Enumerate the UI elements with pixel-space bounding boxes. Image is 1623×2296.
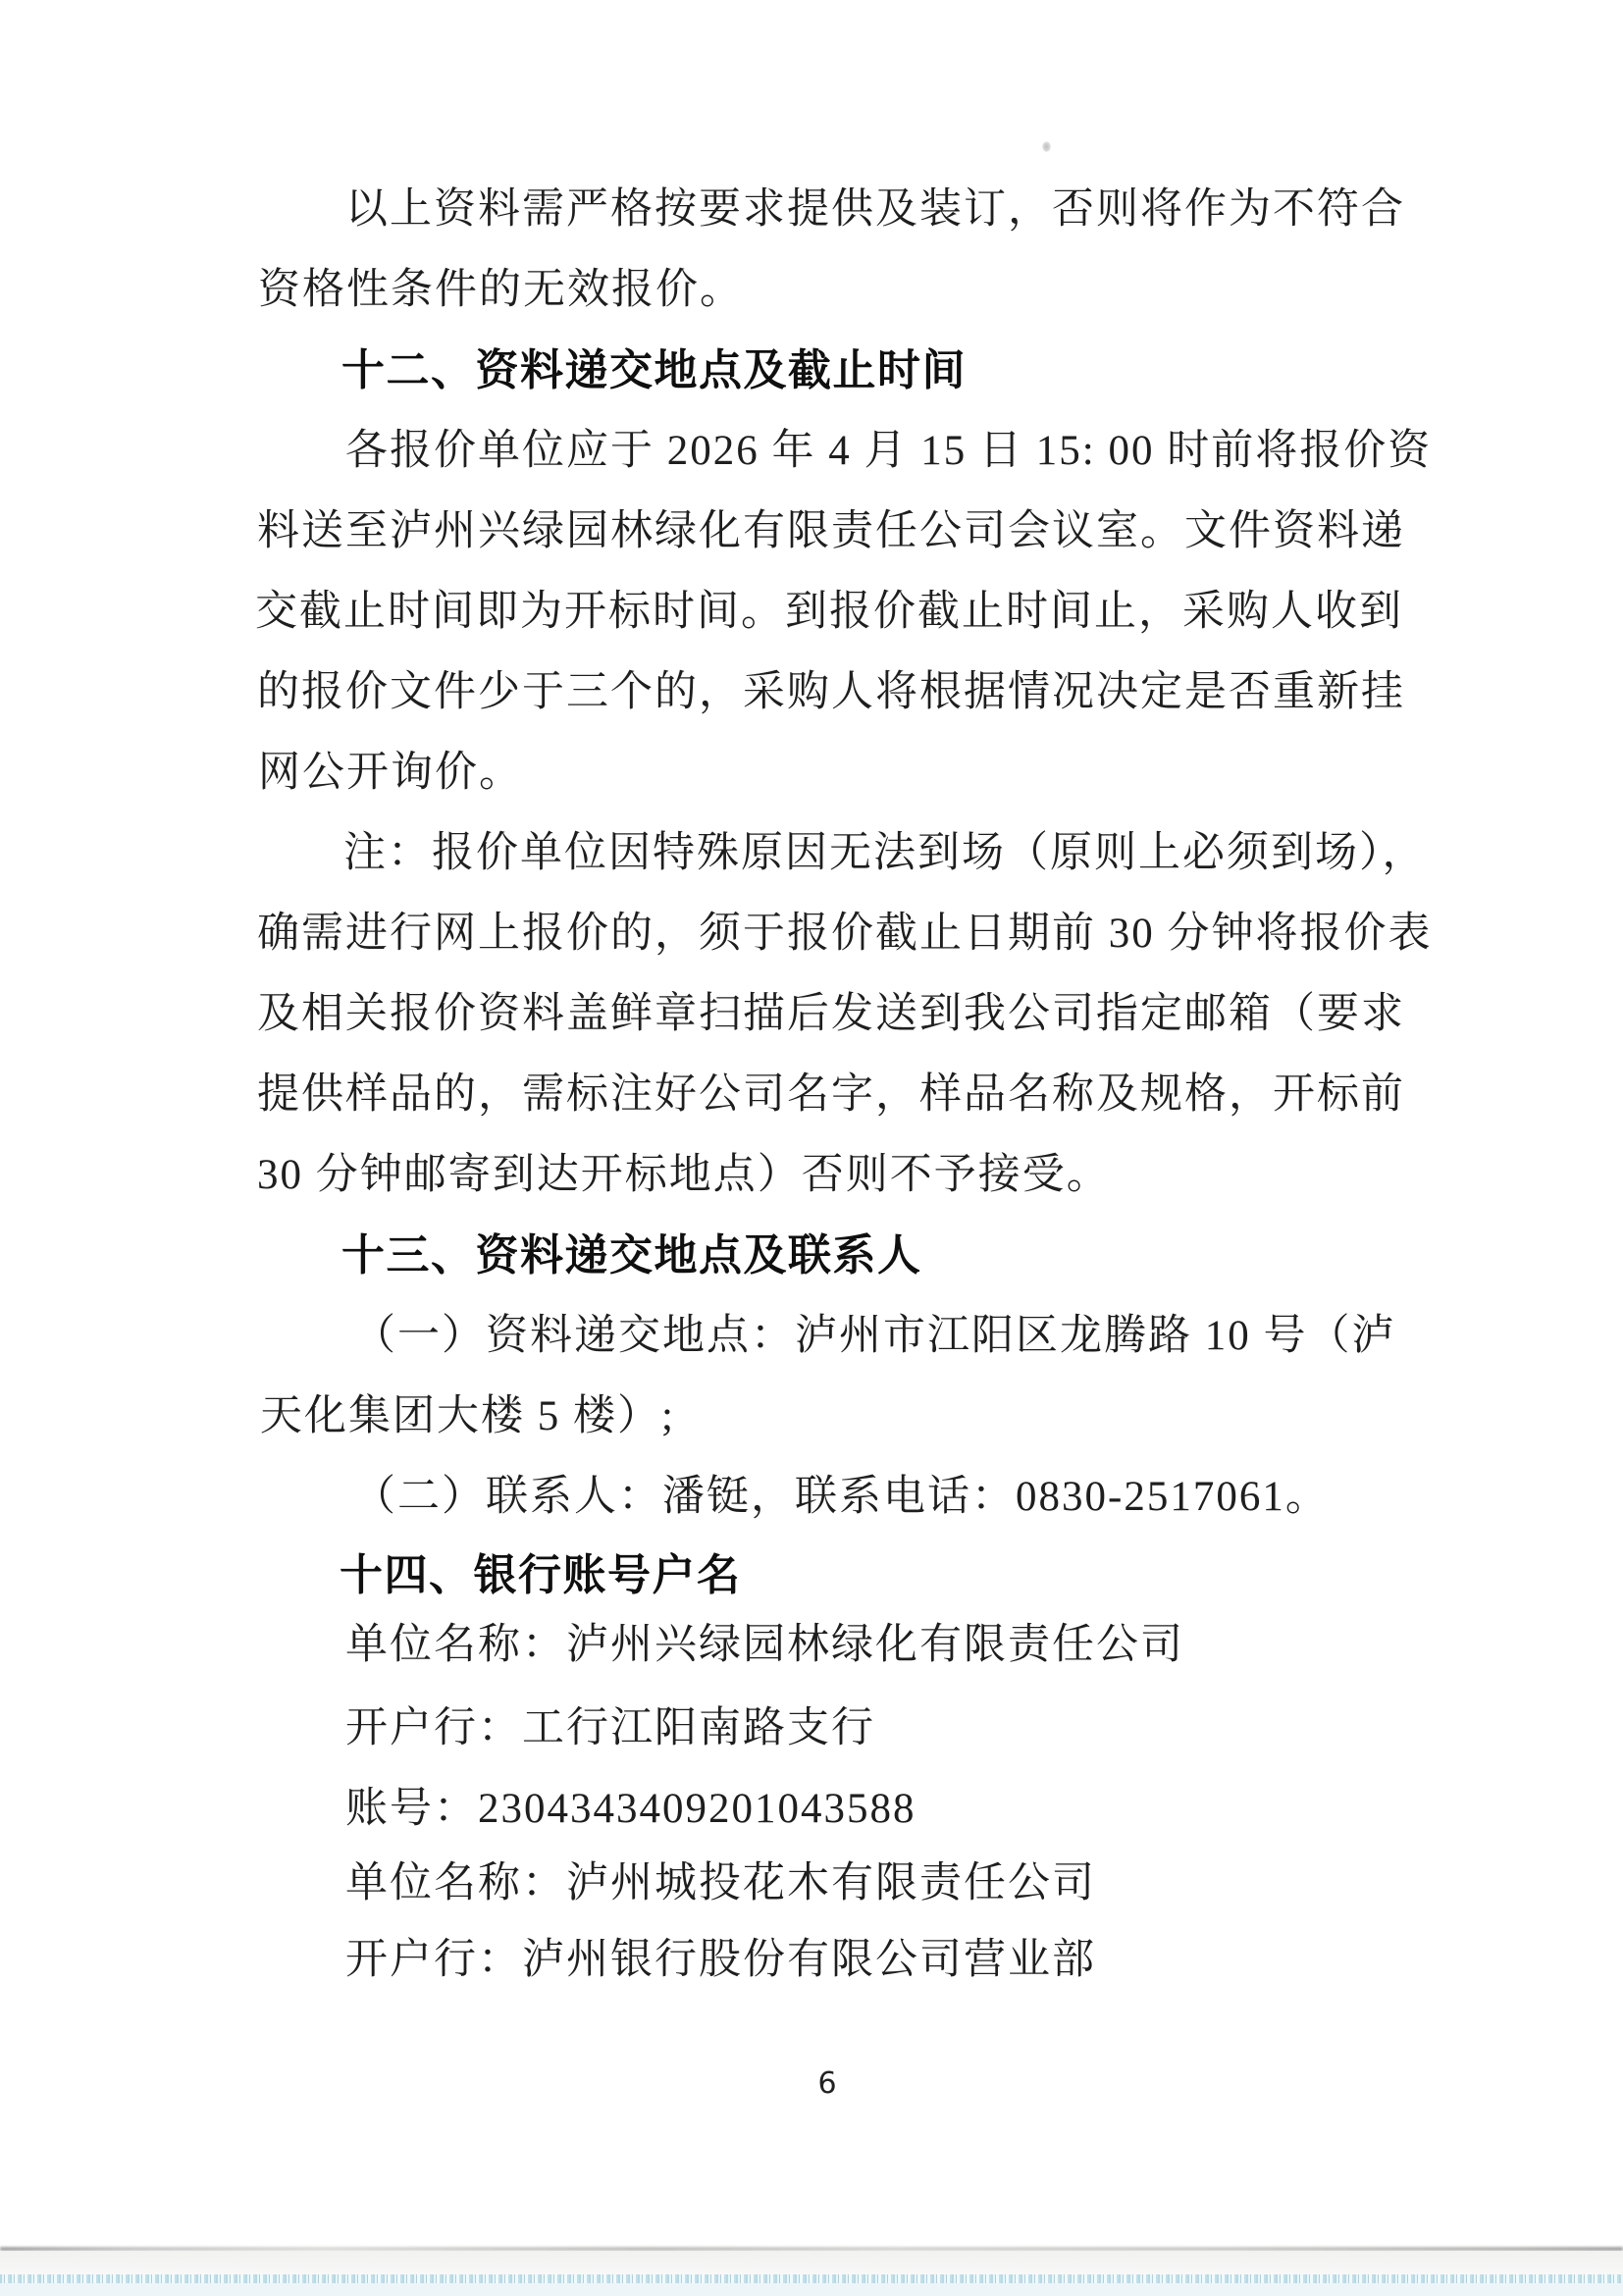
- paragraph-line: 网公开询价。: [258, 750, 523, 796]
- bank-unit-name-line: 单位名称：泸州兴绿园林绿化有限责任公司: [345, 1622, 1184, 1668]
- paragraph-line: 交截止时间即为开标时间。到报价截止时间止，采购人收到: [255, 589, 1403, 635]
- bank-unit-name-line: 单位名称：泸州城投花木有限责任公司: [345, 1860, 1096, 1906]
- note-line: 确需进行网上报价的，须于报价截止日期前 30 分钟将报价表: [257, 911, 1433, 957]
- scan-blue-fringe-artifact: [0, 2274, 1623, 2283]
- section-heading-14: 十四、银行账号户名: [340, 1552, 742, 1599]
- bank-account-line: 账号：2304343409201043588: [345, 1786, 916, 1832]
- bank-branch-line: 开户行：工行江阳南路支行: [345, 1705, 875, 1751]
- section-heading-13: 十三、资料递交地点及联系人: [341, 1232, 922, 1279]
- scan-band-artifact: [0, 2251, 1623, 2274]
- contact-line: （二）联系人：潘铤，联系电话：0830-2517061。: [353, 1474, 1330, 1520]
- page-number: 6: [16, 2066, 1623, 2101]
- address-line: （一）资料递交地点：泸州市江阳区龙腾路 10 号（泸: [353, 1313, 1396, 1359]
- note-line: 及相关报价资料盖鲜章扫描后发送到我公司指定邮箱（要求: [257, 991, 1405, 1037]
- paragraph-line: 资格性条件的无效报价。: [258, 267, 744, 313]
- note-line: 注：报价单位因特殊原因无法到场（原则上必须到场），: [343, 830, 1427, 876]
- note-line: 提供样品的，需标注好公司名字，样品名称及规格，开标前: [257, 1071, 1405, 1118]
- bank-branch-line: 开户行：泸州银行股份有限公司营业部: [345, 1937, 1096, 1983]
- paragraph-line: 料送至泸州兴绿园林绿化有限责任公司会议室。文件资料递: [257, 508, 1405, 554]
- paragraph-line: 以上资料需严格按要求提供及装订，否则将作为不符合: [345, 186, 1405, 233]
- scan-bottom-edge-artifact: [0, 2283, 1623, 2296]
- section-heading-12: 十二、资料递交地点及截止时间: [341, 347, 967, 394]
- scan-speck-artifact: [1042, 141, 1051, 152]
- paragraph-line: 的报价文件少于三个的，采购人将根据情况决定是否重新挂: [257, 669, 1405, 715]
- address-line: 天化集团大楼 5 楼）;: [260, 1393, 675, 1439]
- note-line: 30 分钟邮寄到达开标地点）否则不予接受。: [257, 1152, 1111, 1198]
- paragraph-line: 各报价单位应于 2026 年 4 月 15 日 15: 00 时前将报价资: [345, 428, 1432, 474]
- document-page: 以上资料需严格按要求提供及装订，否则将作为不符合 资格性条件的无效报价。 十二、…: [0, 0, 1623, 2296]
